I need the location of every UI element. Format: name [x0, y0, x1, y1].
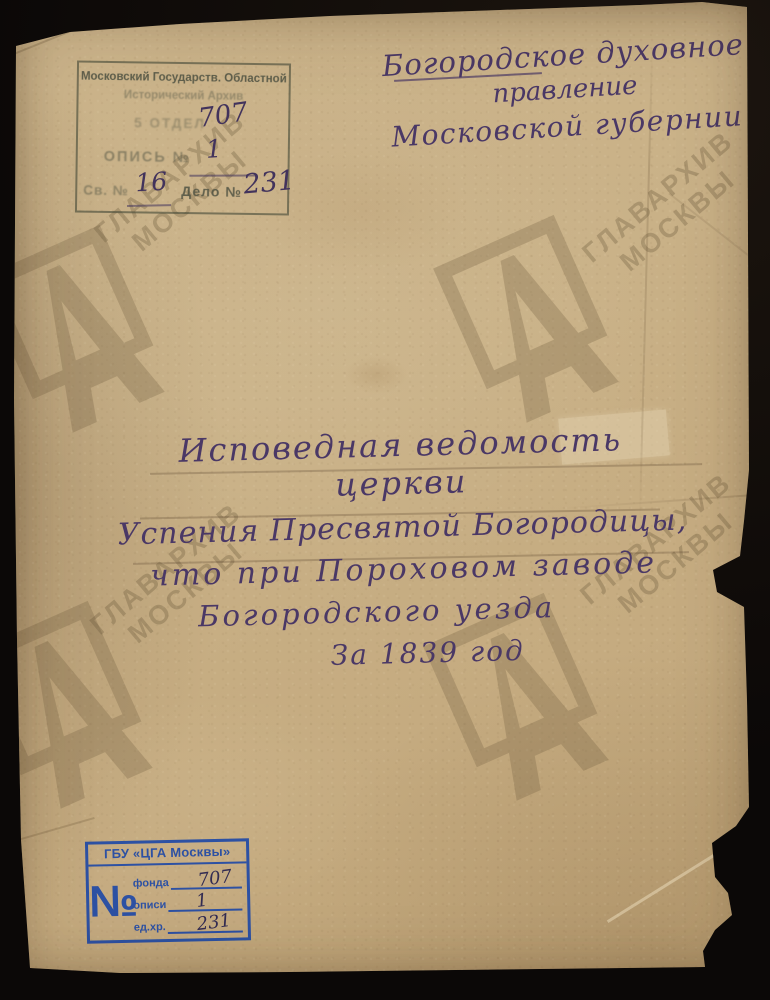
- handwritten-heading: Богородское духовное правление Московско…: [365, 26, 765, 155]
- crease-line: [10, 30, 72, 57]
- cga-stamp-row-edhr: ед.хр. 231: [133, 911, 242, 934]
- cga-stamp-number-sign: №: [88, 866, 134, 941]
- archive-stamp-case-label: Дело №: [181, 183, 242, 200]
- archive-stamp: Московский Государств. Областной Историч…: [75, 61, 291, 216]
- scan-background: ГЛАВАРХИВ МОСКВЫ ГЛАВАРХИВ МОСКВЫ ГЛАВАР…: [0, 0, 770, 1000]
- watermark-line1: ГЛАВАРХИВ: [571, 121, 744, 273]
- watermark-text: ГЛАВАРХИВ МОСКВЫ: [571, 121, 764, 297]
- cga-opis-label: описи: [133, 899, 166, 913]
- cga-fond-line: 707: [170, 865, 242, 889]
- title-line3: что при Пороховом заводе: [118, 545, 689, 595]
- archive-stamp-bundle-value: 16: [135, 167, 168, 198]
- title-line4: Богородского уезда: [91, 587, 662, 636]
- cga-stamp-body: № фонда 707 описи 1: [88, 863, 248, 940]
- handwritten-title: Исповедная ведомость церкви Успения Прес…: [115, 419, 691, 678]
- title-line2: Успения Пресвятой Богородицы,: [117, 503, 688, 553]
- archive-stamp-opis-label: ОПИСЬ №: [104, 149, 191, 166]
- crease-line: [17, 817, 94, 841]
- title-line1: Исповедная ведомость церкви: [115, 419, 687, 510]
- title-line5: За 1839 год: [142, 629, 713, 677]
- cga-fond-label: фонда: [133, 877, 169, 891]
- archive-stamp-dept-value: 707: [196, 97, 249, 134]
- cga-stamp-rows: фонда 707 описи 1 ед.хр.: [132, 863, 248, 939]
- crease-line: [607, 840, 737, 923]
- archive-stamp-opis-value: 1: [205, 134, 223, 164]
- cga-opis-line: 1: [168, 887, 242, 912]
- archive-stamp-case-value: 231: [242, 165, 296, 201]
- cga-edhr-value: 231: [195, 910, 232, 935]
- cga-opis-value: 1: [195, 890, 209, 912]
- paper-sheet: ГЛАВАРХИВ МОСКВЫ ГЛАВАРХИВ МОСКВЫ ГЛАВАР…: [0, 0, 770, 1000]
- underline-stroke: [127, 204, 171, 207]
- cga-edhr-label: ед.хр.: [134, 921, 166, 935]
- paper-stain: [344, 356, 408, 394]
- crease-line: [668, 193, 770, 276]
- watermark-line2: МОСКВЫ: [591, 145, 764, 297]
- archive-stamp-org-line1: Московский Государств. Областной: [79, 71, 289, 86]
- cga-edhr-line: 231: [167, 909, 242, 934]
- cga-stamp: ГБУ «ЦГА Москвы» № фонда 707 описи 1: [85, 838, 251, 943]
- glavarkhiv-logo-watermark: [0, 217, 181, 451]
- archive-stamp-bundle-label: Св. №: [83, 183, 129, 199]
- archive-stamp-org-line2: Исторический Архив: [79, 89, 289, 104]
- archive-stamp-dept-label: 5 ОТДЕЛ: [134, 115, 206, 131]
- glavarkhiv-logo-watermark: [425, 207, 635, 441]
